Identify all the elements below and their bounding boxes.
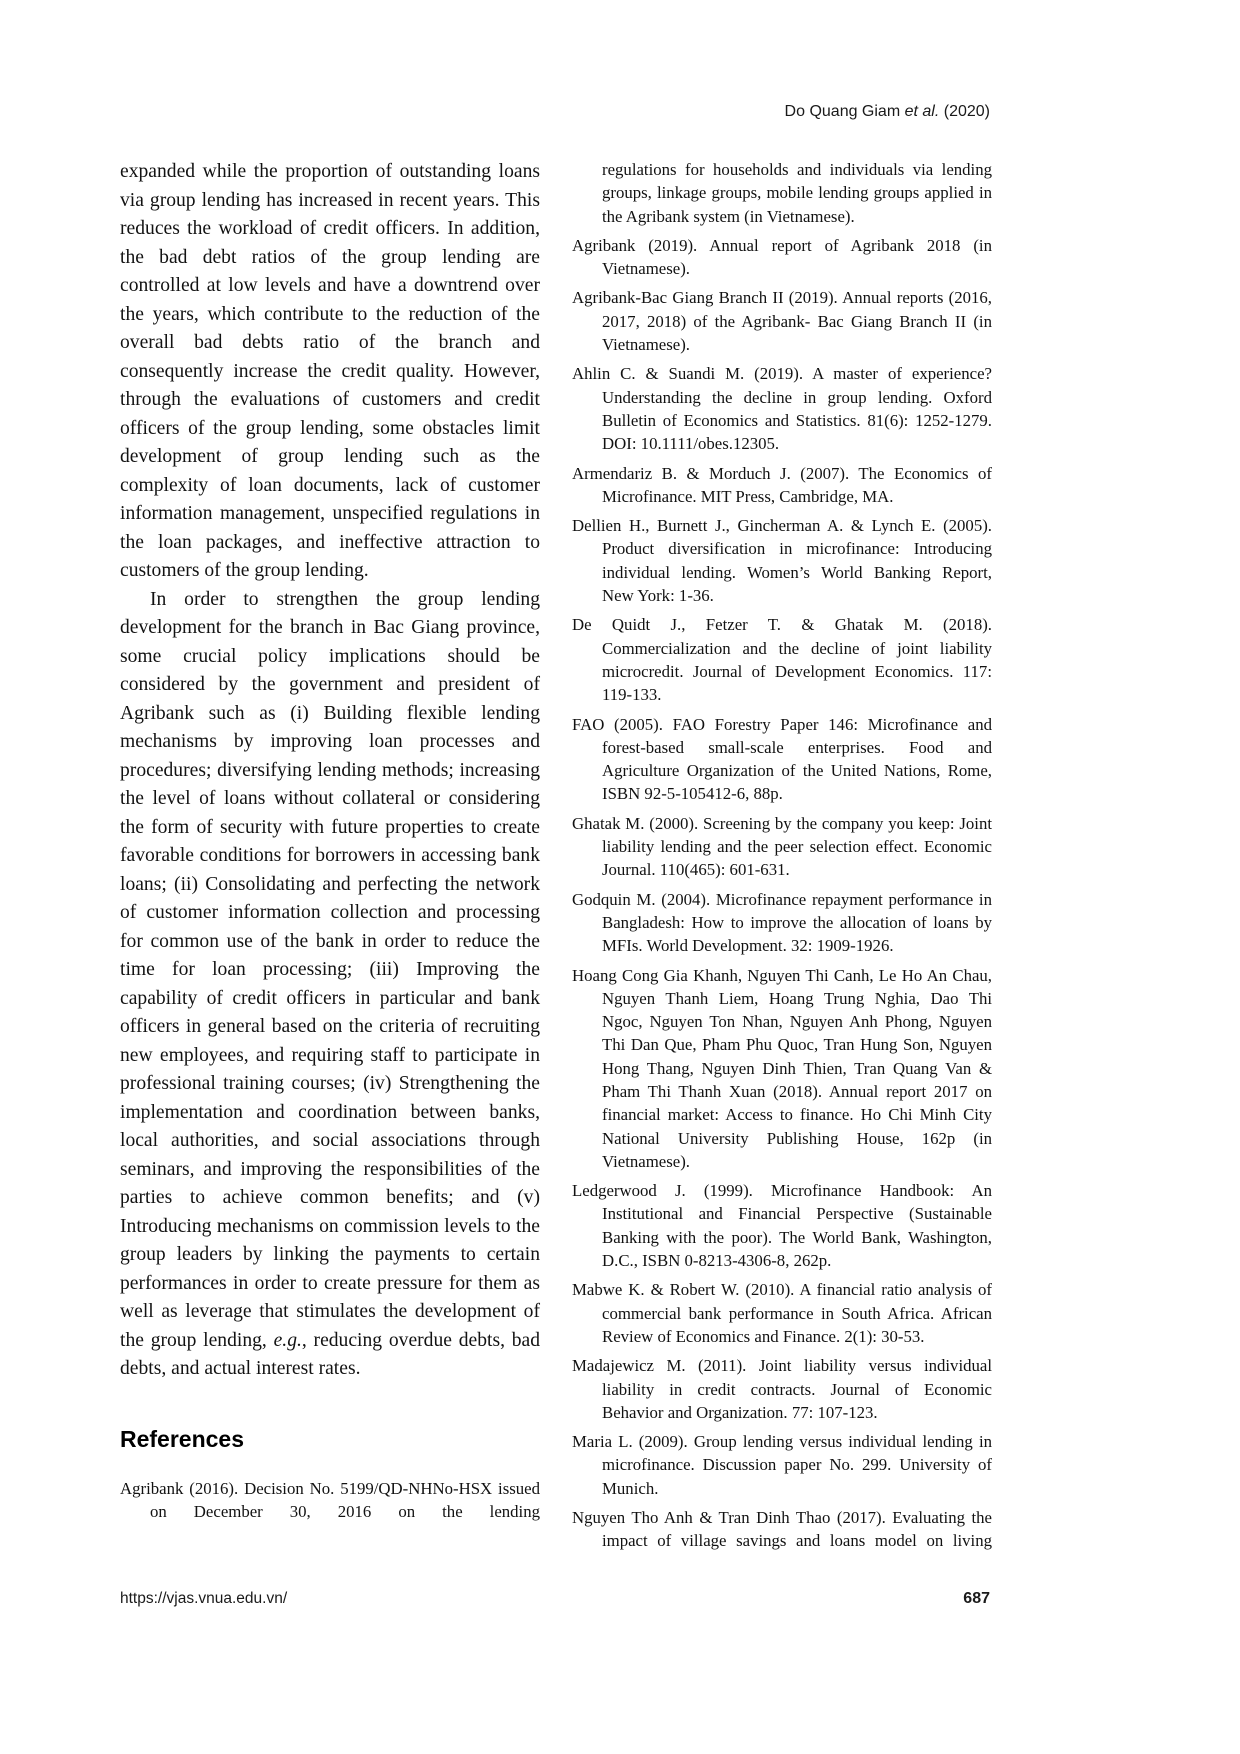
paper-page: Do Quang Giam et al. (2020) expanded whi… (0, 0, 1240, 1754)
eg-italic: e.g. (274, 1330, 302, 1351)
left-column: expanded while the proportion of outstan… (120, 158, 540, 1559)
reference-entry: Ghatak M. (2000). Screening by the compa… (572, 812, 992, 882)
page-number: 687 (963, 1590, 990, 1608)
body-paragraph-2: In order to strengthen the group lending… (120, 586, 540, 1384)
reference-entry: Agribank (2019). Annual report of Agriba… (572, 234, 992, 281)
right-column: regulations for households and individua… (572, 158, 992, 1559)
reference-entry: Maria L. (2009). Group lending versus in… (572, 1430, 992, 1500)
reference-entry: Ledgerwood J. (1999). Microfinance Handb… (572, 1179, 992, 1272)
reference-entry: Agribank-Bac Giang Branch II (2019). Ann… (572, 286, 992, 356)
reference-continuation: regulations for households and individua… (572, 158, 992, 228)
journal-url: https://vjas.vnua.edu.vn/ (120, 1590, 287, 1608)
reference-entry: Ahlin C. & Suandi M. (2019). A master of… (572, 362, 992, 455)
etal-italic: et al. (905, 103, 940, 120)
reference-entry: Hoang Cong Gia Khanh, Nguyen Thi Canh, L… (572, 964, 992, 1174)
reference-entry: De Quidt J., Fetzer T. & Ghatak M. (2018… (572, 613, 992, 706)
reference-entry: Godquin M. (2004). Microfinance repaymen… (572, 888, 992, 958)
reference-entry: Dellien H., Burnett J., Gincherman A. & … (572, 514, 992, 607)
body-paragraph-1: expanded while the proportion of outstan… (120, 158, 540, 586)
running-header: Do Quang Giam et al. (2020) (120, 103, 990, 121)
references-heading: References (120, 1426, 540, 1453)
reference-entry: Madajewicz M. (2011). Joint liability ve… (572, 1354, 992, 1424)
reference-entry: FAO (2005). FAO Forestry Paper 146: Micr… (572, 713, 992, 806)
two-column-layout: expanded while the proportion of outstan… (120, 158, 992, 1559)
running-header-authors: Do Quang Giam et al. (2020) (785, 103, 990, 120)
reference-entry: Armendariz B. & Morduch J. (2007). The E… (572, 462, 992, 509)
author-name: Do Quang Giam (785, 103, 905, 120)
publication-year: (2020) (939, 103, 990, 120)
reference-entry: Agribank (2016). Decision No. 5199/QD-NH… (120, 1477, 540, 1524)
reference-entry: Mabwe K. & Robert W. (2010). A financial… (572, 1278, 992, 1348)
reference-entry: Nguyen Tho Anh & Tran Dinh Thao (2017). … (572, 1506, 992, 1553)
paragraph-text: In order to strengthen the group lending… (120, 589, 540, 1351)
page-footer: https://vjas.vnua.edu.vn/ 687 (120, 1590, 990, 1608)
